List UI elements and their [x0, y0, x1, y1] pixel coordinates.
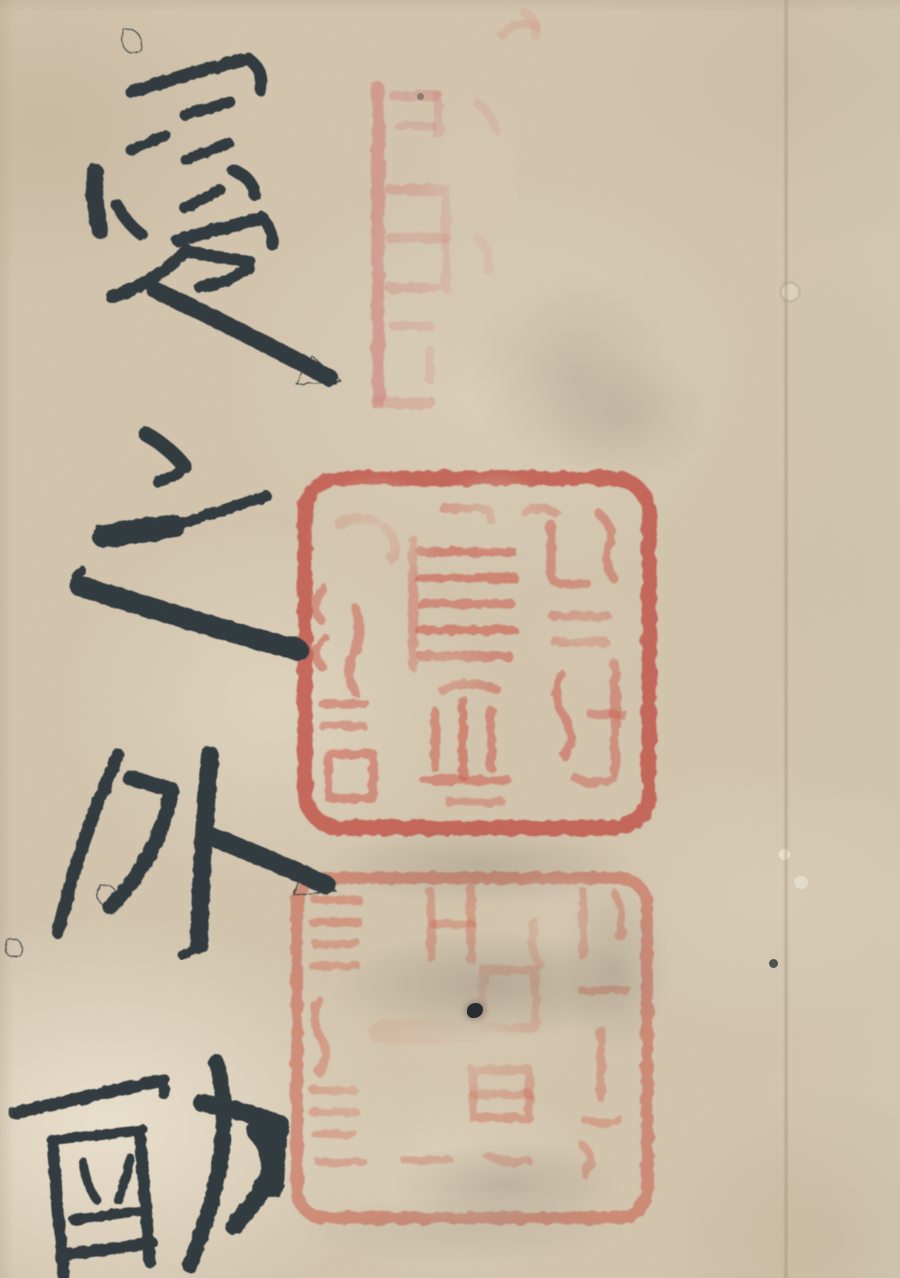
seal-top [358, 78, 518, 418]
top-edge-shade [0, 0, 900, 12]
left-edge-shade [0, 0, 14, 1278]
calligraphy-char-zhuo [0, 1045, 310, 1278]
seal-middle [293, 468, 661, 838]
calligraphy-char-ai [48, 18, 348, 388]
manuscript-photo: 愛之外酌 愛 之 外 酌 bottom character cropped by… [0, 0, 900, 1278]
calligraphy-char-zhi [60, 420, 330, 670]
right-edge-band [789, 0, 900, 1278]
gray-smudge [540, 352, 710, 482]
calligraphy-char-wai [0, 745, 345, 960]
black-ink-dot-small [769, 959, 778, 968]
dark-speck [417, 93, 424, 100]
